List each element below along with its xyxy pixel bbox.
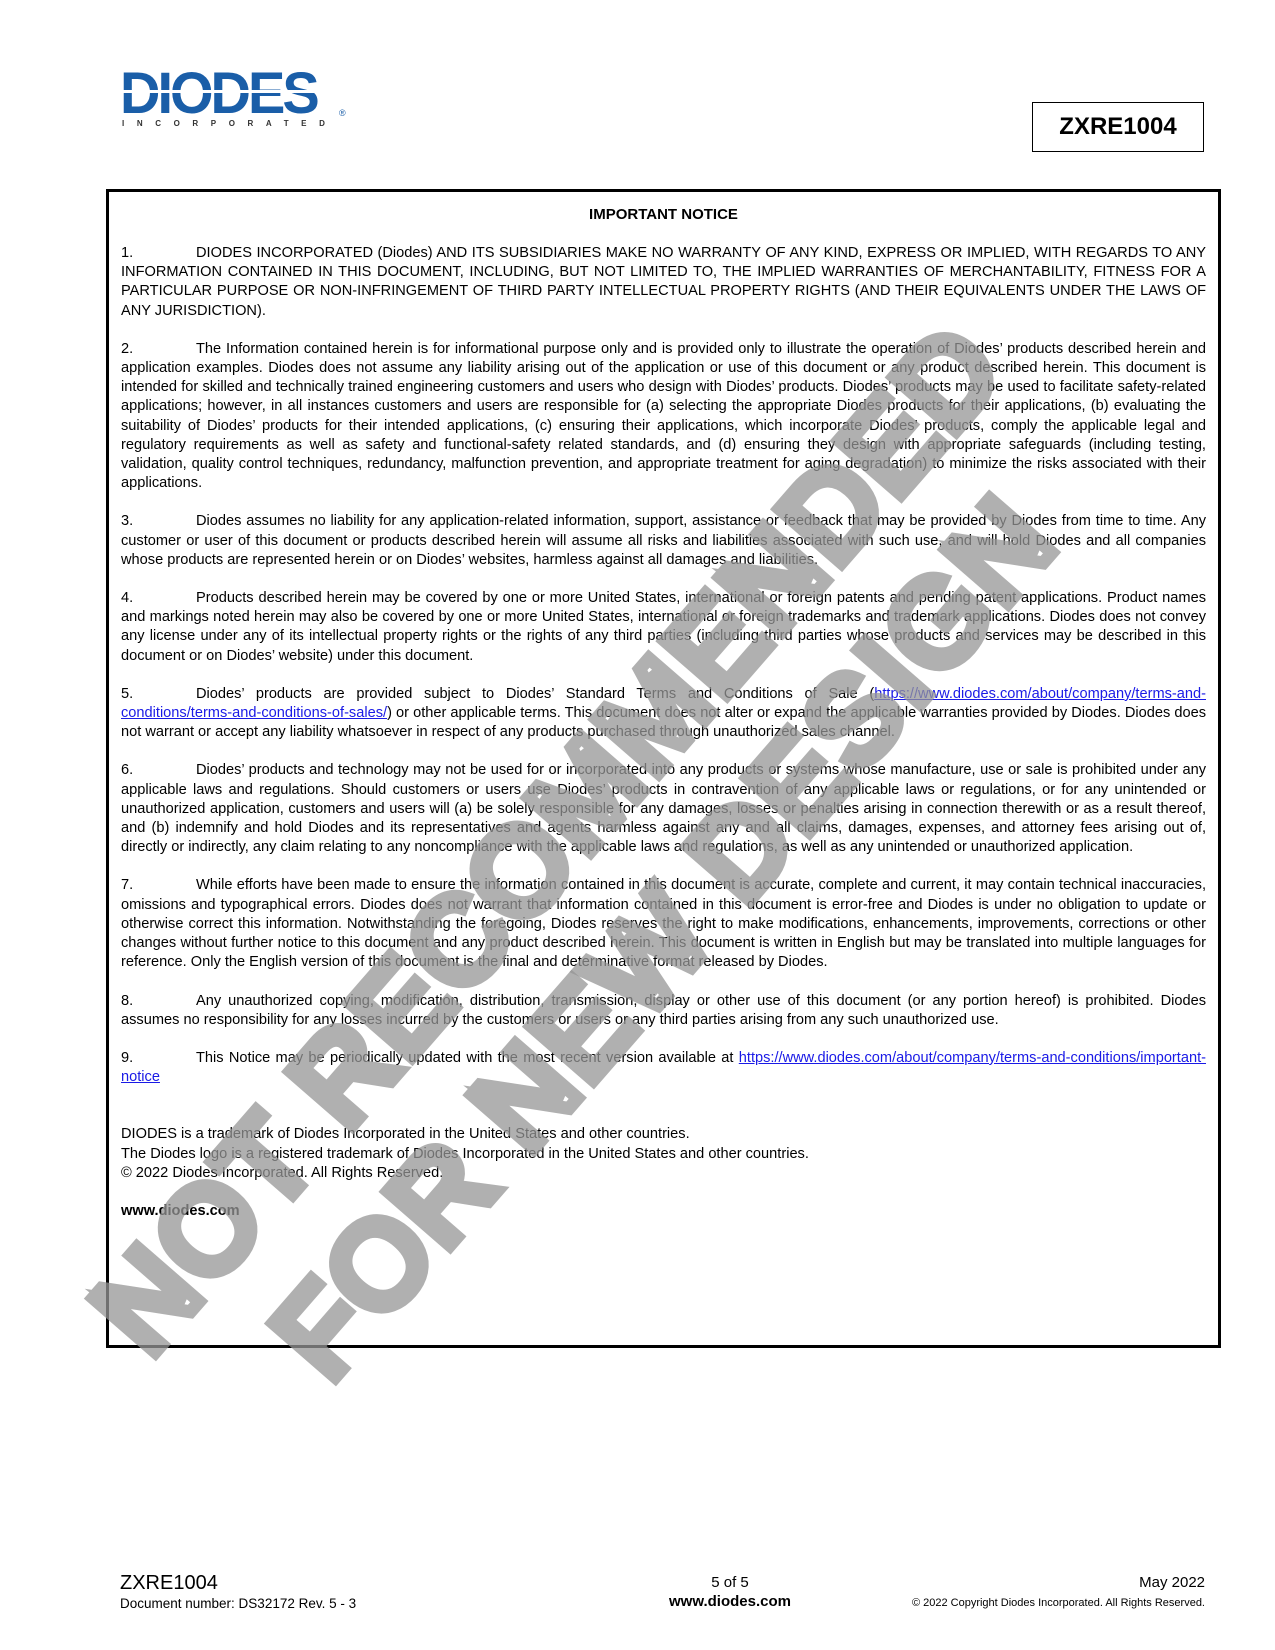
notice-item-1: 1.DIODES INCORPORATED (Diodes) AND ITS S… [121,244,1206,321]
footer-right: May 2022 © 2022 Copyright Diodes Incorpo… [912,1574,1205,1612]
trademark-line: DIODES is a trademark of Diodes Incorpor… [121,1125,1206,1144]
item-number: 5. [121,685,196,704]
notice-item-8: 8.Any unauthorized copying, modification… [121,992,1206,1030]
website-label: www.diodes.com [121,1202,1206,1221]
item-number: 7. [121,876,196,895]
trademark-line: The Diodes logo is a registered trademar… [121,1145,1206,1164]
item-number: 6. [121,761,196,780]
item-text: This Notice may be periodically updated … [196,1050,739,1066]
item-text: DIODES INCORPORATED (Diodes) AND ITS SUB… [121,245,1206,319]
notice-item-6: 6.Diodes’ products and technology may no… [121,761,1206,857]
notice-body: 1.DIODES INCORPORATED (Diodes) AND ITS S… [121,244,1206,1221]
part-number: ZXRE1004 [1059,113,1176,141]
footer-part-number: ZXRE1004 [120,1572,356,1594]
item-text: Diodes’ products are provided subject to… [196,686,874,702]
logo-subtitle: INCORPORATED [122,119,338,128]
footer-website: www.diodes.com [660,1592,800,1612]
item-number: 8. [121,992,196,1011]
registered-mark-icon: ® [339,108,346,118]
footer-copyright: © 2022 Copyright Diodes Incorporated. Al… [912,1594,1205,1612]
notice-item-2: 2.The Information contained herein is fo… [121,340,1206,494]
notice-item-3: 3.Diodes assumes no liability for any ap… [121,512,1206,570]
item-number: 2. [121,340,196,359]
footer-date: May 2022 [912,1574,1205,1592]
item-number: 4. [121,589,196,608]
item-text: Diodes’ products and technology may not … [121,762,1206,855]
footer-center: 5 of 5 www.diodes.com [660,1574,800,1612]
page-number: 5 of 5 [660,1574,800,1592]
important-notice-frame: IMPORTANT NOTICE 1.DIODES INCORPORATED (… [106,189,1221,1348]
notice-item-9: 9.This Notice may be periodically update… [121,1049,1206,1087]
item-text: Products described herein may be covered… [121,590,1206,664]
copyright-line: © 2022 Diodes Incorporated. All Rights R… [121,1164,1206,1183]
notice-title: IMPORTANT NOTICE [109,206,1218,223]
item-text: Any unauthorized copying, modification, … [121,993,1206,1028]
item-text: While efforts have been made to ensure t… [121,877,1206,970]
notice-item-7: 7.While efforts have been made to ensure… [121,876,1206,972]
trademark-block: DIODES is a trademark of Diodes Incorpor… [121,1125,1206,1183]
item-text: The Information contained herein is for … [121,341,1206,491]
logo-wordmark: DIODES [120,68,317,118]
notice-item-5: 5.Diodes’ products are provided subject … [121,685,1206,743]
item-number: 9. [121,1049,196,1068]
footer-document-number: Document number: DS32172 Rev. 5 - 3 [120,1595,356,1613]
part-number-box: ZXRE1004 [1032,102,1204,152]
item-text: Diodes assumes no liability for any appl… [121,513,1206,567]
diodes-logo: DIODES ® INCORPORATED [120,68,350,130]
page-footer: ZXRE1004 Document number: DS32172 Rev. 5… [120,1572,1205,1622]
notice-item-4: 4.Products described herein may be cover… [121,589,1206,666]
item-number: 1. [121,244,196,263]
footer-left: ZXRE1004 Document number: DS32172 Rev. 5… [120,1572,356,1613]
item-number: 3. [121,512,196,531]
logo-arrow-stripe [120,90,320,93]
